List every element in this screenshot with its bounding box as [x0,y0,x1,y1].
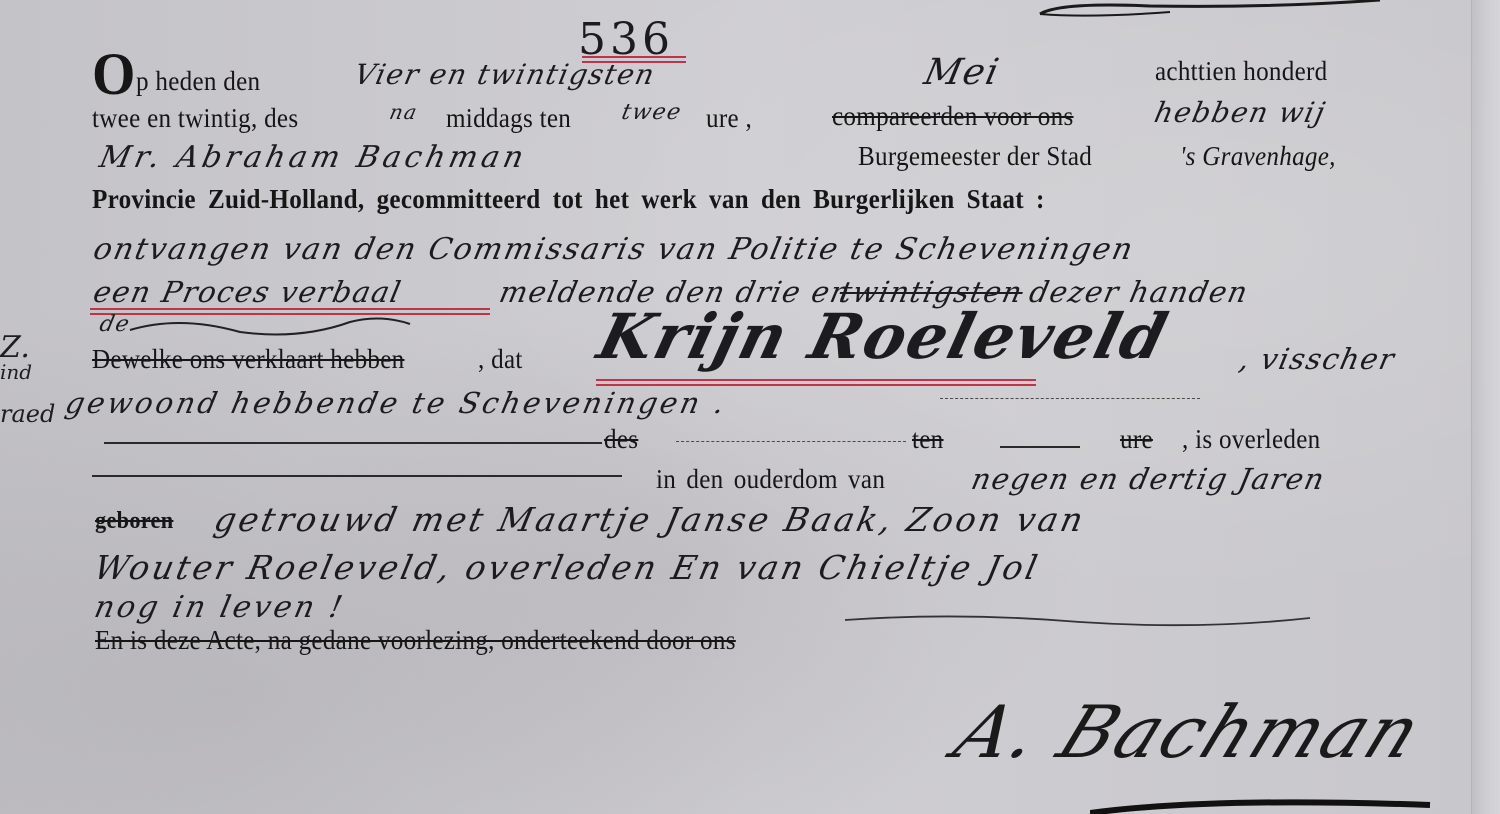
filler-dash-1 [940,398,1200,399]
hand-occupation: , visscher [1240,342,1395,376]
drop-cap: O [92,44,136,104]
printed-closing-struck: En is deze Acte, na gedane voorlezing, o… [95,625,784,656]
hand-mother-alive: nog in leven ! [95,590,345,625]
printed-ten-struck: ten [912,424,946,455]
printed-op-heden-den: p heden den [136,66,260,97]
deceased-name-underline [596,379,1036,386]
filler-dash-3 [676,441,906,442]
hand-father: Wouter Roeleveld, overleden En van Chiel… [95,548,1040,587]
flourish-closing [840,608,1320,638]
line-1-printed: p heden den [136,66,270,97]
printed-dewelke-struck: Dewelke ons verklaart hebben [92,344,428,375]
printed-ouderdom: in den ouderdom van [656,464,902,495]
hand-na: na [390,100,418,124]
filler-dash-2 [104,442,602,444]
printed-is-overleden: , is overleden [1182,424,1331,455]
hand-day: Vier en twintigsten [355,58,655,91]
hand-month: Mei [925,52,999,93]
flourish-top [1030,0,1390,22]
printed-geboren-struck: geboren [95,508,179,535]
hand-age: negen en dertig Jaren [972,462,1325,496]
signature: A. Bachman [943,690,1435,774]
hand-hebben-wij: hebben wij [1155,96,1326,129]
hand-official-name: Mr. Abraham Bachman [100,140,527,175]
hand-marriage: getrouwd met Maartje Janse Baak, Zoon va… [215,500,1085,539]
hand-deceased-name: Krijn Roeleveld [600,300,1167,373]
printed-year-1: achttien honderd [1155,56,1340,87]
filler-dash-4 [1000,446,1080,448]
document-page: 536 O p heden den Vier en twintigsten Me… [0,0,1500,814]
printed-burgemeester: Burgemeester der Stad [858,141,1110,172]
line-1: O [92,44,139,104]
printed-ure-struck: ure [1120,424,1155,455]
hand-residence: gewoond hebbende te Scheveningen . [66,386,727,420]
page-edge [1471,0,1500,814]
flourish-de [120,310,420,340]
hand-hour: twee [622,100,682,125]
printed-year-2: twee en twintig, des [92,103,314,134]
signature-underline [1090,795,1450,814]
printed-middags-ten: middags ten [446,103,581,134]
printed-city: 's Gravenhage, [1180,141,1347,172]
printed-des-struck: des [604,424,641,455]
margin-note-middle: ind [0,360,32,384]
filler-dash-5 [92,475,622,477]
hand-proces-verbaal: een Proces verbaal [94,275,401,309]
hand-ontvangen-line: ontvangen van den Commissaris van Politi… [94,232,1134,267]
printed-compareerden-struck: compareerden voor ons [832,101,1092,132]
printed-ure: ure , [706,103,755,134]
printed-provincie-line: Provincie Zuid-Holland, gecommitteerd to… [92,184,1116,215]
printed-dat: , dat [478,344,526,375]
margin-note-bottom: raed [0,400,55,428]
